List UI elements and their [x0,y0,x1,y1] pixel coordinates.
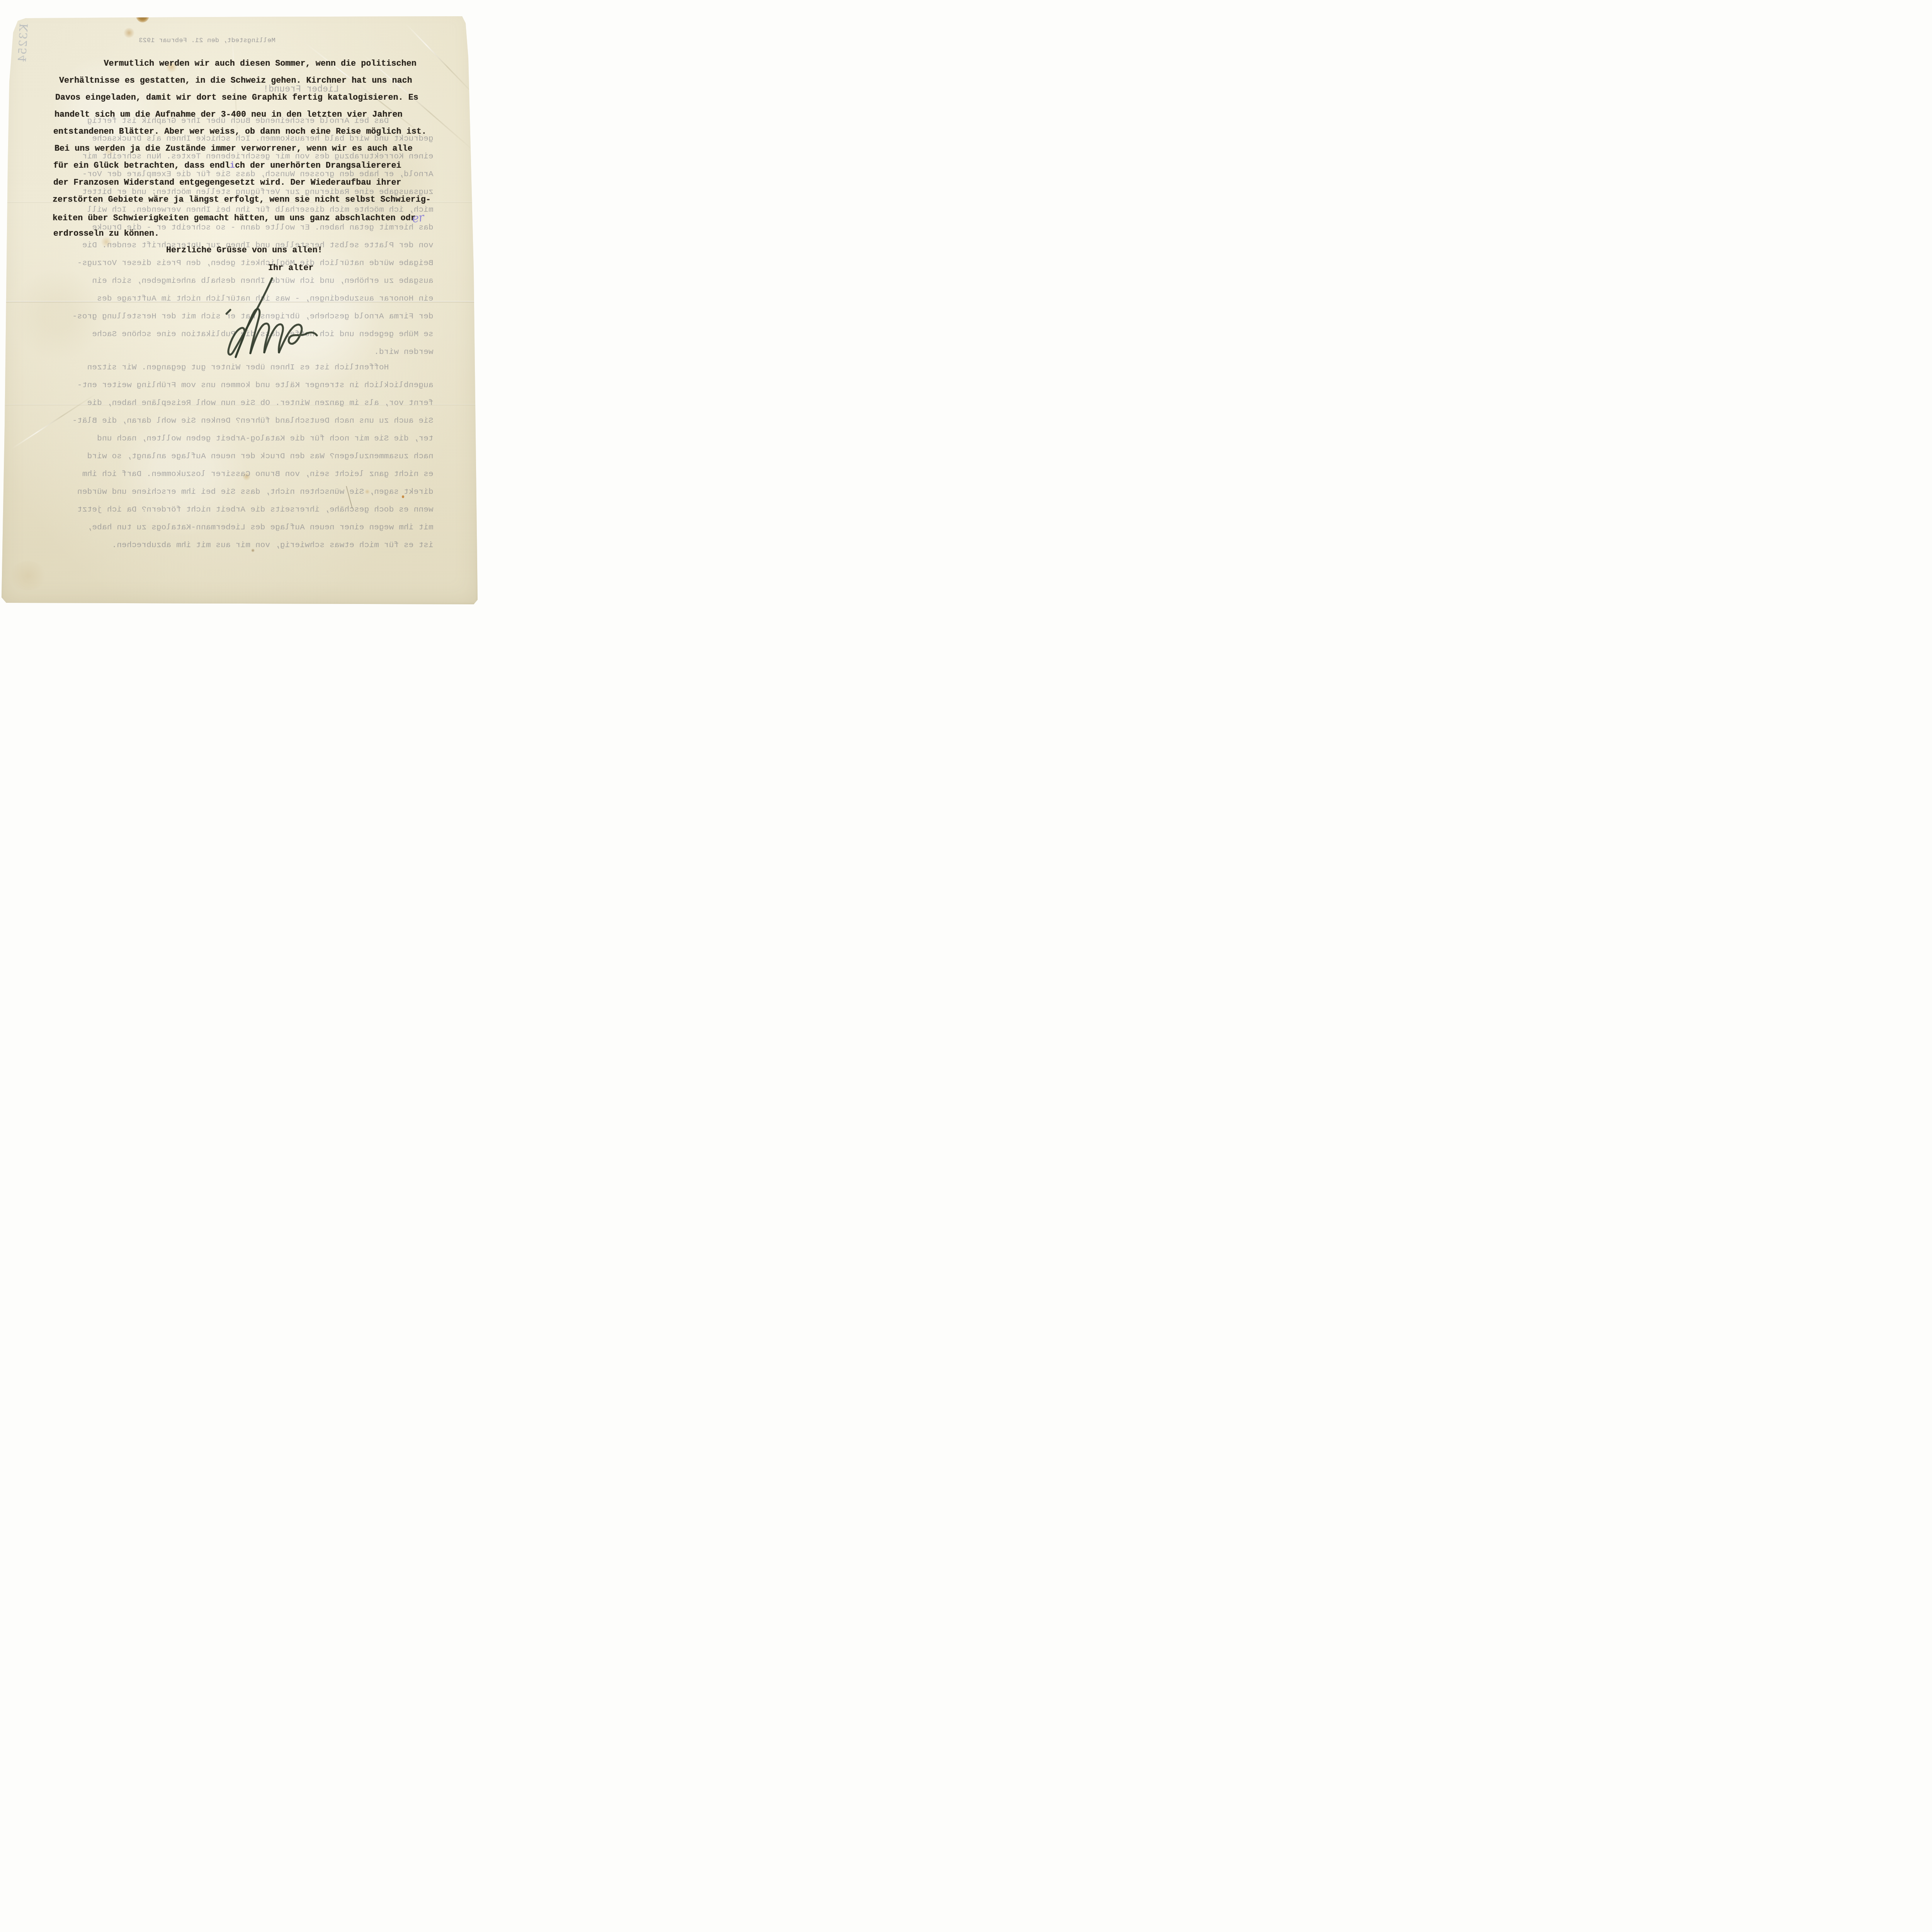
archival-number-annotation: K3254 [16,23,31,63]
ghost-verso-paragraph-2: Hoffentlich ist es Ihnen über Winter gut… [72,359,434,554]
ghost-verso-dateline: Mellingstedt, den 21. Februar 1923 [139,37,276,45]
typed-line: der Franzosen Widerstand entgegengesetzt… [53,174,432,191]
letter-paper: K3254 Mellingstedt, den 21. Februar 1923… [0,0,479,605]
typed-line: für ein Glück betrachten, dass endlich d… [53,157,432,174]
typed-line: erdrosseln zu können. [53,225,432,242]
stain [124,28,134,38]
stain [9,561,46,590]
violet-ink-correction: er [411,209,425,228]
typed-line: handelt sich um die Aufnahme der 3-400 n… [54,106,433,123]
letter-body-paragraph: Vermutlich werden wir auch diesen Sommer… [53,55,432,242]
typed-line: zerstörten Gebiete wäre ja längst erfolg… [53,191,431,208]
typed-line: Bei uns werden ja die Zustände immer ver… [54,140,433,157]
typed-line: keiten über Schwierigkeiten gemacht hätt… [53,208,431,225]
violet-ink-correction: i [230,161,235,170]
stain [136,9,149,22]
typed-line: Verhältnisse es gestatten, in die Schwei… [59,72,437,89]
signature-schiefler-scrawl [213,267,329,367]
typed-line: Davos eingeladen, damit wir dort seine G… [55,89,434,106]
closing-line: Herzliche Grüsse von uns allen! [166,242,323,259]
typed-line: entstandenen Blätter. Aber wer weiss, ob… [53,123,432,140]
scanned-letter-page: { "meta": { "kind": "scanned typewritten… [0,0,479,605]
typed-line: Vermutlich werden wir auch diesen Sommer… [53,55,432,72]
